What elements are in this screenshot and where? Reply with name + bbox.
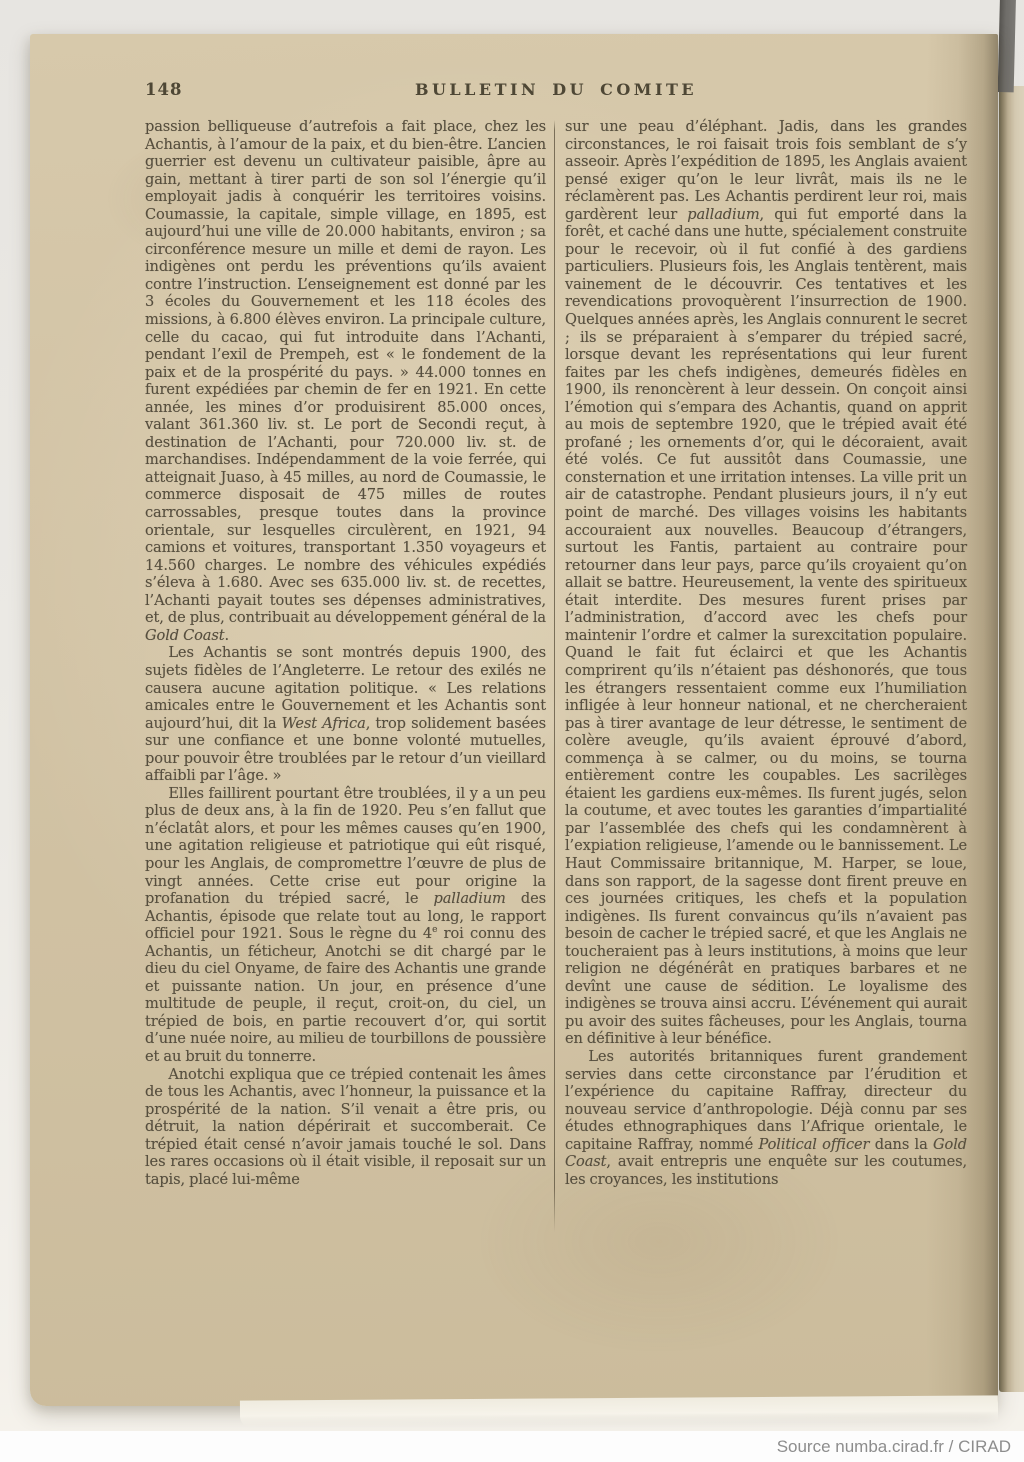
paragraph: Les Achantis se sont montrés depuis 1900… xyxy=(145,644,546,784)
adjacent-page-edge xyxy=(999,86,1024,1392)
paragraph: passion belliqueuse d’autrefois a fait p… xyxy=(145,118,546,644)
source-attribution-bar: Source numba.cirad.fr / CIRAD xyxy=(0,1431,1024,1462)
page-header: 148 BULLETIN DU COMITE xyxy=(145,80,967,102)
scan-viewport: 148 BULLETIN DU COMITE passion belliqueu… xyxy=(0,0,1024,1462)
column-divider-rule xyxy=(554,120,555,1232)
bookmark-ribbon xyxy=(998,0,1016,92)
source-text: Source numba.cirad.fr / CIRAD xyxy=(777,1437,1011,1457)
book-page: 148 BULLETIN DU COMITE passion belliqueu… xyxy=(30,34,998,1406)
running-title: BULLETIN DU COMITE xyxy=(145,80,967,99)
paragraph: sur une peau d’éléphant. Jadis, dans les… xyxy=(565,118,967,1048)
text-columns: passion belliqueuse d’autrefois a fait p… xyxy=(30,118,998,1296)
left-column: passion belliqueuse d’autrefois a fait p… xyxy=(145,118,546,1296)
paragraph: Les autorités britanniques furent grande… xyxy=(565,1048,967,1188)
right-column: sur une peau d’éléphant. Jadis, dans les… xyxy=(565,118,967,1296)
paragraph: Anotchi expliqua que ce trépied contenai… xyxy=(145,1066,546,1189)
page-stack-edge xyxy=(240,1395,998,1426)
paragraph: Elles faillirent pourtant être troublées… xyxy=(145,785,546,1066)
